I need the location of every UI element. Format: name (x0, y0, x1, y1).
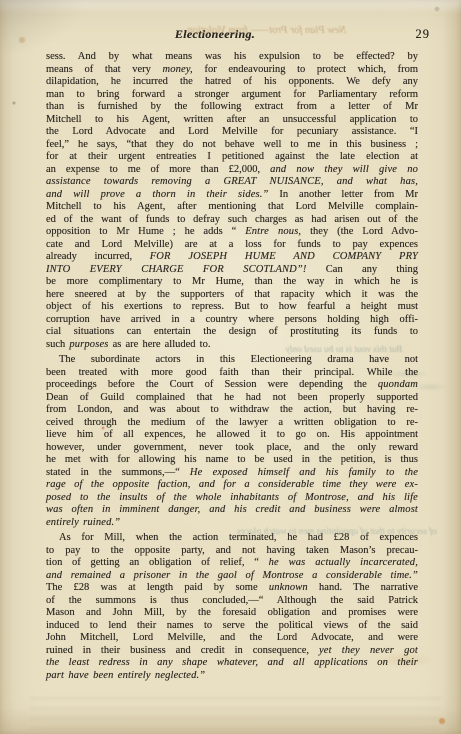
body-text: sess. And by what means was his expulsio… (46, 51, 418, 682)
paragraph: The subordinate actors in this Electione… (46, 354, 418, 529)
text-line: here sneered at by the supporters of tha… (46, 289, 418, 302)
paragraph: sess. And by what means was his expulsio… (46, 51, 418, 351)
text-line: induced to lend their names to serve the… (46, 620, 418, 633)
text-line: and remained a prisoner in the gaol of M… (46, 570, 418, 583)
text-line: the least redress in any shape whatever,… (46, 657, 418, 670)
text-line: such purposes as are here alluded to. (46, 339, 418, 352)
text-line: sess. And by what means was his expulsio… (46, 51, 418, 64)
text-line: of the summons is thus concluded,—“ Alth… (46, 595, 418, 608)
text-line: and will prove a thorn in their sides.” … (46, 189, 418, 202)
text-line: John Mitchell, Lord Melville, and the Lo… (46, 632, 418, 645)
text-line: was often in imminent danger, and his cr… (46, 504, 418, 517)
text-line: The £28 was at length paid by some unkno… (46, 582, 418, 595)
text-line: for at their urgent entreaties I petitio… (46, 151, 418, 164)
text-line: The subordinate actors in this Electione… (46, 354, 418, 367)
text-line: the Lord Advocate and Lord Melville for … (46, 126, 418, 139)
paper-mottle (30, 696, 441, 730)
text-line: however, under government, never took pl… (46, 442, 418, 455)
text-line: lieve him of all expences, he allowed it… (46, 429, 418, 442)
text-line: proceedings before the Court of Session … (46, 379, 418, 392)
text-line: posed to the insults of the whole inhabi… (46, 492, 418, 505)
text-line: INTO EVERY CHARGE FOR SCOTLAND”! Can any… (46, 264, 418, 277)
text-line: he met with for allowing his name to be … (46, 454, 418, 467)
text-line: tion of getting an obligation of relief,… (46, 557, 418, 570)
text-line: from London, and was about to withdraw t… (46, 404, 418, 417)
text-line: be more complimentary to Mr Hume, than t… (46, 276, 418, 289)
page-number: 29 (416, 27, 431, 42)
text-line: already incurred, FOR JOSEPH HUME AND CO… (46, 251, 418, 264)
running-title: Electioneering. (175, 27, 255, 42)
text-line: ruined in their business and credit in c… (46, 645, 418, 658)
text-line: Dean of Guild complained that he had not… (46, 392, 418, 405)
text-line: than is furnished by the following extra… (46, 101, 418, 114)
text-line: dilapidation, he incurred the hatred of … (46, 76, 418, 89)
text-line: stated in the summons,—“ He exposed hims… (46, 467, 418, 480)
text-line: to pay to the opposite party, and not ha… (46, 545, 418, 558)
text-line: object of his exertions to repress. But … (46, 301, 418, 314)
text-line: rage of the opposite faction, and for a … (46, 479, 418, 492)
text-line: Mitchell to his Agent, after mentioning … (46, 201, 418, 214)
text-line: Mitchell to his Agent, written after an … (46, 114, 418, 127)
text-line: means of that very money, for endeavouri… (46, 64, 418, 77)
text-line: cate and Lord Melville) are at a loss fo… (46, 239, 418, 252)
text-line: corruption have arrived in a country whe… (46, 314, 418, 327)
text-line: ceived through the medium of the lawyer … (46, 417, 418, 430)
page-header: Electioneering. 29 (0, 27, 461, 43)
text-line: part have been entirely neglected.” (46, 670, 418, 683)
text-line: an expense to me of more than £2,000, an… (46, 164, 418, 177)
text-line: ed of the want of funds to defray such c… (46, 214, 418, 227)
text-line: As for Mill, when the action terminated,… (46, 532, 418, 545)
text-line: opposition to Mr Hume ; he adds “ Entre … (46, 226, 418, 239)
paragraph: As for Mill, when the action terminated,… (46, 532, 418, 682)
text-line: assistance towards removing a GREAT NUIS… (46, 176, 418, 189)
text-line: man to bring forward a stronger argument… (46, 89, 418, 102)
text-line: been treated with more good faith than t… (46, 367, 418, 380)
scanned-book-page: Electioneering. 29 sess. And by what mea… (0, 0, 461, 734)
text-line: Mason and John Mill, by the foresaid obl… (46, 607, 418, 620)
text-line: feel,” he says, “that they do not behave… (46, 139, 418, 152)
text-line: cial situations can entertain the design… (46, 326, 418, 339)
text-line: entirely ruined.” (46, 517, 418, 530)
